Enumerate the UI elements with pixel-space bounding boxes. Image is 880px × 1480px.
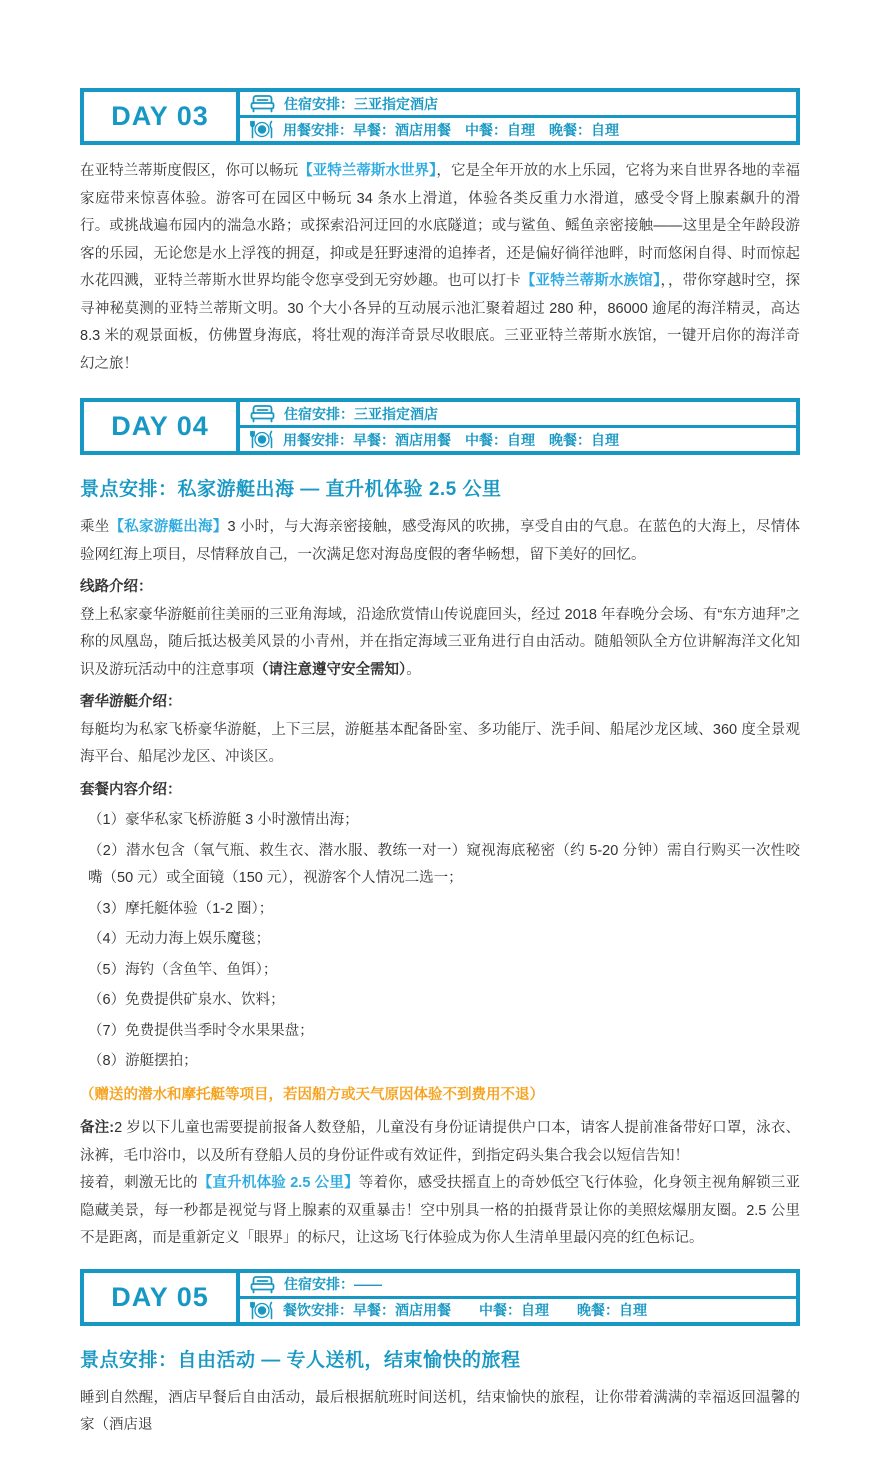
yacht-intro-title: 奢华游艇介绍： [80, 689, 800, 717]
meals-row: 用餐安排：早餐：酒店用餐 中餐：自理 晚餐：自理 [240, 425, 796, 451]
day-header-rows: 住宿安排：—— 餐饮安排：早餐：酒店用餐 中餐：自理 晚餐：自理 [240, 1273, 796, 1322]
package-item: （6）免费提供矿泉水、饮料； [80, 987, 800, 1015]
bed-icon [250, 1275, 275, 1294]
text-segment: 【私家游艇出海】 [110, 519, 228, 535]
route-intro-paragraph: 登上私家豪华游艇前往美丽的三亚角海域，沿途欣赏情山传说鹿回头，经过 2018 年… [80, 602, 800, 685]
day05-outro-paragraph: 睡到自然醒，酒店早餐后自由活动，最后根据航班时间送机，结束愉快的旅程，让你带着满… [80, 1385, 800, 1440]
text-segment: 备注: [80, 1120, 114, 1136]
accommodation-text: 住宿安排：三亚指定酒店 [284, 94, 438, 114]
dining-icon [250, 120, 274, 139]
yacht-intro-paragraph: 每艇均为私家飞桥豪华游艇，上下三层，游艇基本配备卧室、多功能厅、洗手间、船尾沙龙… [80, 717, 800, 772]
day03-section: DAY 03 住宿安排：三亚指定酒店 [80, 88, 800, 378]
day-header-box: DAY 04 住宿安排：三亚指定酒店 [80, 398, 800, 455]
text-segment: 接着，刺激无比的 [80, 1175, 198, 1191]
day-header-box: DAY 03 住宿安排：三亚指定酒店 [80, 88, 800, 145]
package-item: （2）潜水包含（氧气瓶、救生衣、潜水服、教练一对一）窥视海底秘密（约 5-20 … [80, 838, 800, 893]
accommodation-text: 住宿安排：三亚指定酒店 [284, 404, 438, 424]
meals-text: 用餐安排：早餐：酒店用餐 中餐：自理 晚餐：自理 [283, 120, 619, 140]
day-header-box: DAY 05 住宿安排：—— [80, 1269, 800, 1326]
package-intro-title: 套餐内容介绍： [80, 777, 800, 805]
meals-row: 用餐安排：早餐：酒店用餐 中餐：自理 晚餐：自理 [240, 115, 796, 141]
text-segment: 【直升机体验 2.5 公里】 [198, 1175, 359, 1191]
accommodation-row: 住宿安排：—— [240, 1273, 796, 1296]
accommodation-text: 住宿安排：—— [284, 1274, 382, 1294]
meals-row: 餐饮安排：早餐：酒店用餐 中餐：自理 晚餐：自理 [240, 1296, 796, 1322]
day-header-rows: 住宿安排：三亚指定酒店 用餐安排：早餐：酒店用餐 中餐：自理 晚餐：自理 [240, 92, 796, 141]
package-item: （3）摩托艇体验（1-2 圈）； [80, 896, 800, 924]
text-segment: 2 岁以下儿童也需要提前报备人数登船，儿童没有身份证请提供户口本，请客人提前准备… [80, 1120, 800, 1164]
gift-disclaimer-note: （赠送的潜水和摩托艇等项目，若因船方或天气原因体验不到费用不退） [80, 1082, 800, 1110]
helicopter-paragraph: 接着，刺激无比的【直升机体验 2.5 公里】等着你，感受扶摇直上的奇妙低空飞行体… [80, 1170, 800, 1253]
text-segment: 乘坐 [80, 519, 110, 535]
package-item: （7）免费提供当季时令水果果盘； [80, 1018, 800, 1046]
text-segment: 登上私家豪华游艇前往美丽的三亚角海域，沿途欣赏情山传说鹿回头，经过 2018 年… [80, 607, 800, 678]
day05-section: DAY 05 住宿安排：—— [80, 1269, 800, 1440]
day04-attractions-heading: 景点安排：私家游艇出海 — 直升机体验 2.5 公里 [80, 474, 800, 501]
text-segment: ，它是全年开放的水上乐园，它将为来自世界各地的幸福家庭带来惊喜体验。游客可在园区… [80, 163, 800, 289]
dining-icon [250, 430, 274, 449]
day-header-rows: 住宿安排：三亚指定酒店 用餐安排：早餐：酒店用餐 中餐：自理 晚餐：自理 [240, 402, 796, 451]
package-item: （5）海钓（含鱼竿、鱼饵）； [80, 957, 800, 985]
package-list: （1）豪华私家飞桥游艇 3 小时激情出海； （2）潜水包含（氧气瓶、救生衣、潜水… [80, 807, 800, 1076]
package-item: （8）游艇摆拍； [80, 1048, 800, 1076]
bed-icon [250, 94, 275, 113]
day-label: DAY 05 [84, 1273, 240, 1322]
text-segment: 在亚特兰蒂斯度假区，你可以畅玩 [80, 163, 298, 179]
package-item: （4）无动力海上娱乐魔毯； [80, 926, 800, 954]
meals-text: 餐饮安排：早餐：酒店用餐 中餐：自理 晚餐：自理 [283, 1300, 647, 1320]
text-segment: 【亚特兰蒂斯水族馆】 [521, 273, 661, 289]
accommodation-row: 住宿安排：三亚指定酒店 [240, 402, 796, 425]
day04-section: DAY 04 住宿安排：三亚指定酒店 [80, 398, 800, 1253]
meals-text: 用餐安排：早餐：酒店用餐 中餐：自理 晚餐：自理 [283, 430, 619, 450]
day04-intro-paragraph: 乘坐【私家游艇出海】3 小时，与大海亲密接触，感受海风的吹拂，享受自由的气息。在… [80, 514, 800, 569]
day05-attractions-heading: 景点安排：自由活动 — 专人送机，结束愉快的旅程 [80, 1345, 800, 1372]
itinerary-page: DAY 03 住宿安排：三亚指定酒店 [0, 0, 880, 1480]
package-item: （1）豪华私家飞桥游艇 3 小时激情出海； [80, 807, 800, 835]
day-label: DAY 03 [84, 92, 240, 141]
dining-icon [250, 1301, 274, 1320]
day03-intro-paragraph: 在亚特兰蒂斯度假区，你可以畅玩【亚特兰蒂斯水世界】，它是全年开放的水上乐园，它将… [80, 158, 800, 378]
route-intro-title: 线路介绍： [80, 574, 800, 602]
text-segment: （请注意遵守安全需知） [254, 662, 406, 678]
bed-icon [250, 404, 275, 423]
accommodation-row: 住宿安排：三亚指定酒店 [240, 92, 796, 115]
text-segment: 【亚特兰蒂斯水世界】 [298, 163, 436, 179]
remark-paragraph: 备注:2 岁以下儿童也需要提前报备人数登船，儿童没有身份证请提供户口本，请客人提… [80, 1115, 800, 1170]
day-label: DAY 04 [84, 402, 240, 451]
text-segment: 。 [406, 662, 421, 678]
